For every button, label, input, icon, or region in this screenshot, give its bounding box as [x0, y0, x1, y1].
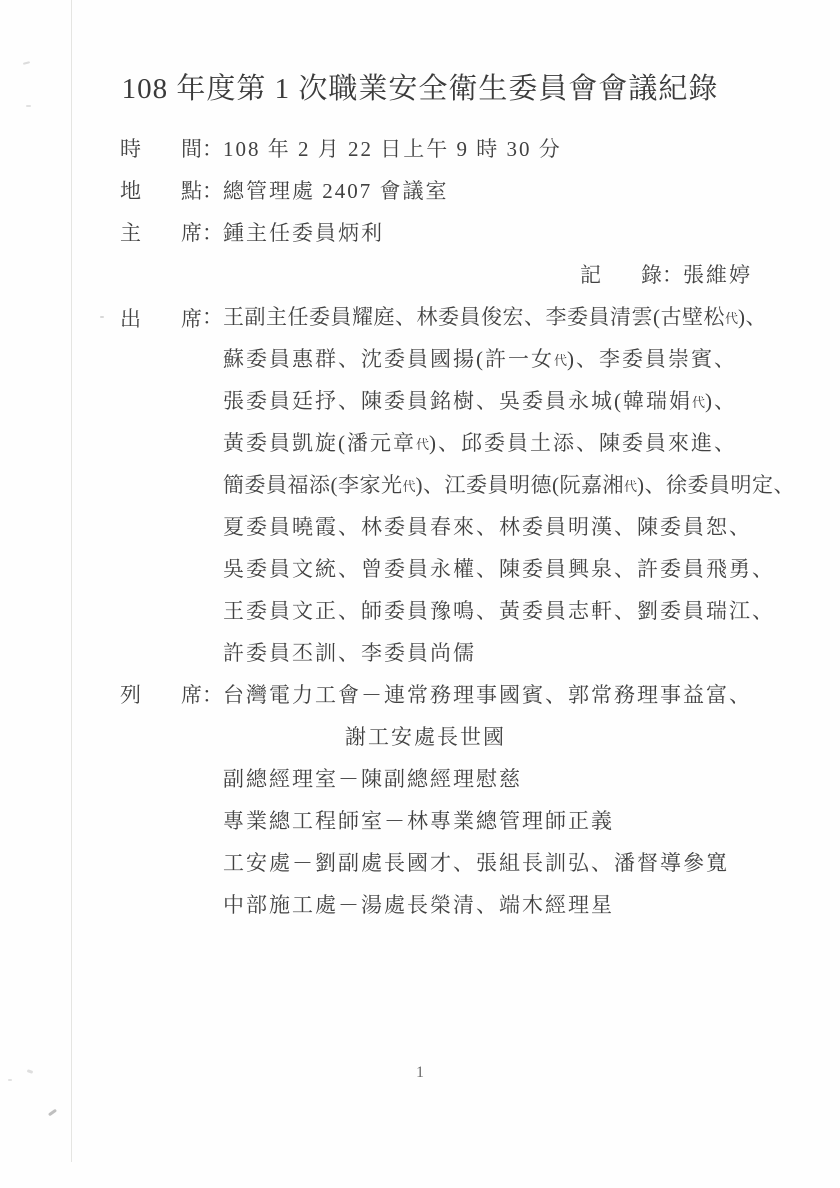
attendee-line: 王副主任委員耀庭、林委員俊宏、李委員清雲(古壁松代)、: [223, 305, 767, 329]
observer-line: 台灣電力工會－連常務理事國賓、郭常務理事益富、: [223, 683, 752, 707]
text-segment: )、江委員明德(阮嘉湘: [416, 473, 625, 497]
page-title: 108 年度第 1 次職業安全衛生委員會會議紀錄: [0, 66, 840, 107]
observer-line: 工安處－劉副處長國才、張組長訓弘、潘督導參寬: [223, 842, 780, 884]
attendee-line: 黃委員凱旋(潘元章代)、邱委員土添、陳委員來進、: [223, 422, 780, 464]
label-char: 點: [181, 170, 202, 212]
text-segment: 中部施工處－湯處長榮清、端木經理星: [223, 893, 614, 917]
attendee-line: 吳委員文統、曾委員永權、陳委員興泉、許委員飛勇、: [223, 548, 780, 590]
text-segment: 吳委員文統、曾委員永權、陳委員興泉、許委員飛勇、: [223, 557, 775, 581]
meta-row-time: 時間：108 年 2 月 22 日上午 9 時 30 分: [120, 128, 780, 170]
paper-edge-shadow: [71, 0, 72, 1162]
meeting-time-value: 108 年 2 月 22 日上午 9 時 30 分: [223, 137, 562, 161]
text-segment: 王委員文正、師委員豫鳴、黃委員志軒、劉委員瑞江、: [223, 599, 775, 623]
proxy-attendance-marker: 代: [692, 395, 705, 410]
label-char: 席: [181, 212, 202, 254]
attendee-line: 張委員廷抒、陳委員銘樹、吳委員永城(韓瑞娟代)、: [223, 380, 780, 422]
proxy-attendance-marker: 代: [624, 479, 637, 494]
text-segment: 謝工安處長世國: [345, 725, 506, 749]
recorder-value: 張維婷: [683, 263, 752, 287]
page-number: 1: [0, 1064, 840, 1082]
observer-line: 副總經理室－陳副總經理慰慈: [223, 758, 780, 800]
proxy-attendance-marker: 代: [416, 437, 429, 452]
text-segment: )、李委員崇賓、: [567, 347, 737, 371]
label-char: 席: [181, 298, 202, 340]
attendee-line: 夏委員曉霞、林委員春來、林委員明漢、陳委員恕、: [223, 506, 780, 548]
text-segment: 台灣電力工會－連常務理事國賓、郭常務理事益富、: [223, 683, 752, 707]
colon: ：: [202, 674, 223, 716]
field-label-recorder: 記錄: [580, 254, 662, 296]
attendee-line: 簡委員福添(李家光代)、江委員明德(阮嘉湘代)、徐委員明定、: [223, 464, 780, 506]
proxy-attendance-marker: 代: [725, 311, 738, 326]
label-char: 列: [120, 674, 141, 716]
colon: ：: [202, 296, 223, 338]
attendees-row-first: 出席：王副主任委員耀庭、林委員俊宏、李委員清雲(古壁松代)、: [120, 296, 780, 338]
meeting-place-value: 總管理處 2407 會議室: [223, 179, 449, 203]
scan-speck: [100, 316, 104, 318]
text-segment: 黃委員凱旋(潘元章: [223, 431, 416, 455]
field-label-observers: 列席: [120, 674, 202, 716]
colon: ：: [202, 128, 223, 170]
label-char: 席: [181, 674, 202, 716]
text-segment: )、邱委員土添、陳委員來進、: [429, 431, 737, 455]
field-label-time: 時間: [120, 128, 202, 170]
document-body: 時間：108 年 2 月 22 日上午 9 時 30 分 地點：總管理處 240…: [120, 128, 780, 926]
meta-row-place: 地點：總管理處 2407 會議室: [120, 170, 780, 212]
text-segment: 王副主任委員耀庭、林委員俊宏、李委員清雲(古壁松: [223, 305, 725, 329]
attendee-line: 蘇委員惠群、沈委員國揚(許一女代)、李委員崇賓、: [223, 338, 780, 380]
scanned-document-page: 108 年度第 1 次職業安全衛生委員會會議紀錄 時間：108 年 2 月 22…: [0, 0, 840, 1188]
scan-speck: [48, 1109, 57, 1117]
observers-row-first: 列席：台灣電力工會－連常務理事國賓、郭常務理事益富、: [120, 674, 780, 716]
label-char: 間: [181, 128, 202, 170]
text-segment: 簡委員福添(李家光: [223, 473, 403, 497]
attendee-line: 王委員文正、師委員豫鳴、黃委員志軒、劉委員瑞江、: [223, 590, 780, 632]
observer-line: 中部施工處－湯處長榮清、端木經理星: [223, 884, 780, 926]
label-char: 地: [120, 170, 141, 212]
text-segment: )、: [738, 305, 767, 329]
colon: ：: [202, 170, 223, 212]
text-segment: 夏委員曉霞、林委員春來、林委員明漢、陳委員恕、: [223, 515, 752, 539]
text-segment: 副總經理室－陳副總經理慰慈: [223, 767, 522, 791]
proxy-attendance-marker: 代: [403, 479, 416, 494]
text-segment: 張委員廷抒、陳委員銘樹、吳委員永城(韓瑞娟: [223, 389, 692, 413]
text-segment: )、: [705, 389, 737, 413]
proxy-attendance-marker: 代: [554, 353, 567, 368]
field-label-chair: 主席: [120, 212, 202, 254]
chairperson-value: 鍾主任委員炳利: [223, 221, 384, 245]
text-segment: 蘇委員惠群、沈委員國揚(許一女: [223, 347, 554, 371]
label-char: 記: [580, 254, 601, 296]
text-segment: 專業總工程師室－林專業總管理師正義: [223, 809, 614, 833]
scan-speck: [23, 61, 30, 65]
field-label-place: 地點: [120, 170, 202, 212]
meta-row-chair: 主席：鍾主任委員炳利: [120, 212, 780, 254]
label-char: 出: [120, 298, 141, 340]
recorder-row: 記錄：張維婷: [580, 254, 780, 296]
label-char: 主: [120, 212, 141, 254]
text-segment: 許委員丕訓、李委員尚儒: [223, 641, 476, 665]
colon: ：: [202, 212, 223, 254]
text-segment: )、徐委員明定、: [637, 473, 795, 497]
text-segment: 工安處－劉副處長國才、張組長訓弘、潘督導參寬: [223, 851, 729, 875]
observer-line: 專業總工程師室－林專業總管理師正義: [223, 800, 780, 842]
attendee-line: 許委員丕訓、李委員尚儒: [223, 632, 780, 674]
label-char: 錄: [641, 254, 662, 296]
observer-line: 謝工安處長世國: [345, 716, 780, 758]
label-char: 時: [120, 128, 141, 170]
field-label-attendees: 出席: [120, 298, 202, 340]
colon: ：: [662, 254, 683, 296]
